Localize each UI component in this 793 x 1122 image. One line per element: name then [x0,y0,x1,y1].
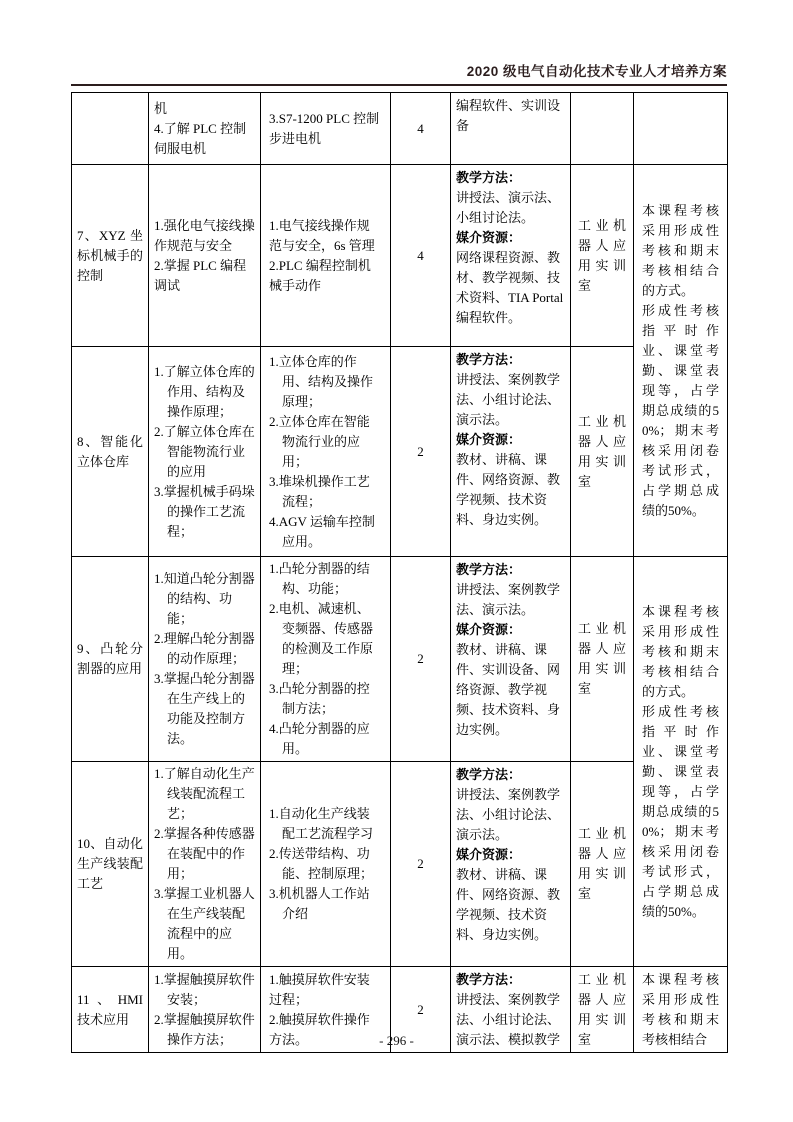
media-label: 媒介资源： [456,228,565,248]
media-text: 教材、讲稿、课件、网络资源、教学视频、技术资料、身边实例。 [456,450,565,530]
list-item: 3.凸轮分割器的控制方法； [269,679,382,719]
methods-cell: 教学方法： 讲授法、案例教学法、小组讨论法、演示法。 媒介资源： 教材、讲稿、课… [451,347,571,557]
list-item: 1.强化电气接线操作规范与安全 [154,216,255,256]
list-item: 2.PLC 编程控制机械手动作 [269,256,382,296]
room-cell: 工业机器人应用实训室 [571,165,634,347]
list-item: 1.触摸屏软件安装过程； [269,970,382,1010]
list-item: 2.传送带结构、功能、控制原理； [269,844,382,884]
hours-cell: 4 [391,165,451,347]
list-item: 1.了解立体仓库的作用、结构及操作原理； [154,362,255,422]
hours-cell: 2 [391,347,451,557]
course-unit-table: 机 4.了解 PLC 控制伺服电机 3.S7-1200 PLC 控制步进电机 4… [71,92,728,1053]
list-item: 4.凸轮分割器的应用。 [269,719,382,759]
methods-cell: 教学方法： 讲授法、案例教学法、小组讨论法、演示法。 媒介资源： 教材、讲稿、课… [451,762,571,967]
content-cell: 1.立体仓库的作用、结构及操作原理； 2.立体仓库在智能物流行业的应用； 3.堆… [261,347,391,557]
page-header-title: 2020 级电气自动化技术专业人才培养方案 [71,60,727,80]
unit-name-cell: 10、自动化生产线装配工艺 [72,762,149,967]
list-item: 机 [154,99,255,119]
document-page: 2020 级电气自动化技术专业人才培养方案 机 4.了解 PLC 控制伺服电机 … [0,0,793,1122]
hours-cell: 2 [391,557,451,762]
list-item: 1.立体仓库的作用、结构及操作原理； [269,352,382,412]
list-item: 3.掌握机械手码垛的操作工艺流程； [154,482,255,542]
list-item: 1.凸轮分割器的结构、功能； [269,559,382,599]
media-text: 网络课程资源、教材、教学视频、技术资料、TIA Portal 编程软件。 [456,248,565,328]
methods-label: 教学方法： [456,560,565,580]
list-item: 2.掌握 PLC 编程调试 [154,256,255,296]
assessment-paragraph: 本课程考核采用形成性考核和期末考核相结合的方式。 [642,602,719,702]
list-item: 1.知道凸轮分割器的结构、功能； [154,569,255,629]
media-text: 教材、讲稿、课件、实训设备、网络资源、教学视频、技术资料、身边实例。 [456,640,565,740]
table-row: 7、XYZ 坐标机械手的控制 1.强化电气接线操作规范与安全 2.掌握 PLC … [72,165,728,347]
methods-label: 教学方法： [456,970,565,990]
list-item: 1.了解自动化生产线装配流程工艺； [154,764,255,824]
methods-label: 教学方法： [456,765,565,785]
methods-text: 讲授法、演示法、小组讨论法。 [456,188,565,228]
room-cell [571,93,634,165]
objectives-cell: 1.强化电气接线操作规范与安全 2.掌握 PLC 编程调试 [149,165,261,347]
objectives-cell: 1.了解自动化生产线装配流程工艺； 2.掌握各种传感器在装配中的作用； 3.掌握… [149,762,261,967]
unit-name-cell: 8、智能化立体仓库 [72,347,149,557]
methods-cell: 编程软件、实训设备 [451,93,571,165]
assessment-paragraph: 形成性考核指平时作业、课堂考勤、课堂表现等，占学期总成绩的50%；期末考核采用闭… [642,301,719,521]
table-row: 10、自动化生产线装配工艺 1.了解自动化生产线装配流程工艺； 2.掌握各种传感… [72,762,728,967]
header-double-rule [71,84,727,86]
room-cell: 工业机器人应用实训室 [571,347,634,557]
objectives-cell: 1.知道凸轮分割器的结构、功能； 2.理解凸轮分割器的动作原理； 3.掌握凸轮分… [149,557,261,762]
list-item: 2.了解立体仓库在智能物流行业的应用 [154,422,255,482]
content-cell: 1.电气接线操作规范与安全，6s 管理 2.PLC 编程控制机械手动作 [261,165,391,347]
room-cell: 工业机器人应用实训室 [571,762,634,967]
methods-text: 讲授法、案例教学法、小组讨论法、演示法。 [456,785,565,845]
methods-cell: 教学方法： 讲授法、演示法、小组讨论法。 媒介资源： 网络课程资源、教材、教学视… [451,165,571,347]
unit-name-cell: 9、凸轮分割器的应用 [72,557,149,762]
table-row: 9、凸轮分割器的应用 1.知道凸轮分割器的结构、功能； 2.理解凸轮分割器的动作… [72,557,728,762]
methods-text: 讲授法、案例教学法、小组讨论法、演示法。 [456,370,565,430]
list-item: 1.自动化生产线装配工艺流程学习 [269,804,382,844]
unit-name-cell [72,93,149,165]
assessment-cell: 本课程考核采用形成性考核和期末考核相结合的方式。 形成性考核指平时作业、课堂考勤… [634,165,728,557]
methods-label: 教学方法： [456,168,565,188]
content-cell: 3.S7-1200 PLC 控制步进电机 [261,93,391,165]
methods-text: 讲授法、案例教学法、演示法。 [456,580,565,620]
media-label: 媒介资源： [456,845,565,865]
list-item: 1.掌握触摸屏软件安装； [154,970,255,1010]
list-item: 1.电气接线操作规范与安全，6s 管理 [269,216,382,256]
content-cell: 1.自动化生产线装配工艺流程学习 2.传送带结构、功能、控制原理； 3.机机器人… [261,762,391,967]
hours-cell: 2 [391,762,451,967]
assessment-cell: 本课程考核采用形成性考核和期末考核相结合的方式。 形成性考核指平时作业、课堂考勤… [634,557,728,967]
content-cell: 1.凸轮分割器的结构、功能； 2.电机、减速机、变频器、传感器的检测及工作原理；… [261,557,391,762]
media-label: 媒介资源： [456,620,565,640]
list-item: 2.电机、减速机、变频器、传感器的检测及工作原理； [269,599,382,679]
list-item: 2.理解凸轮分割器的动作原理； [154,629,255,669]
list-item: 3.堆垛机操作工艺流程； [269,472,382,512]
assessment-paragraph: 形成性考核指平时作业、课堂考勤、课堂表现等，占学期总成绩的50%；期末考核采用闭… [642,702,719,922]
page-number: - 296 - [0,1033,793,1049]
list-item: 2.立体仓库在智能物流行业的应用； [269,412,382,472]
table-row: 机 4.了解 PLC 控制伺服电机 3.S7-1200 PLC 控制步进电机 4… [72,93,728,165]
hours-cell: 4 [391,93,451,165]
list-item: 3.掌握工业机器人在生产线装配流程中的应用。 [154,884,255,964]
list-item: 2.掌握各种传感器在装配中的作用； [154,824,255,884]
list-item: 4.了解 PLC 控制伺服电机 [154,119,255,159]
list-item: 3.S7-1200 PLC 控制步进电机 [269,109,382,149]
methods-cell: 教学方法： 讲授法、案例教学法、演示法。 媒介资源： 教材、讲稿、课件、实训设备… [451,557,571,762]
media-text: 教材、讲稿、课件、网络资源、教学视频、技术资料、身边实例。 [456,865,565,945]
list-item: 4.AGV 运输车控制应用。 [269,512,382,552]
media-label: 媒介资源： [456,430,565,450]
unit-name-cell: 7、XYZ 坐标机械手的控制 [72,165,149,347]
media-item: 编程软件、实训设备 [456,96,565,136]
objectives-cell: 1.了解立体仓库的作用、结构及操作原理； 2.了解立体仓库在智能物流行业的应用 … [149,347,261,557]
methods-label: 教学方法： [456,350,565,370]
table-row: 8、智能化立体仓库 1.了解立体仓库的作用、结构及操作原理； 2.了解立体仓库在… [72,347,728,557]
list-item: 3.掌握凸轮分割器在生产线上的功能及控制方法。 [154,669,255,749]
assessment-cell [634,93,728,165]
objectives-cell: 机 4.了解 PLC 控制伺服电机 [149,93,261,165]
assessment-paragraph: 本课程考核采用形成性考核和期末考核相结合的方式。 [642,201,719,301]
room-cell: 工业机器人应用实训室 [571,557,634,762]
list-item: 3.机机器人工作站介绍 [269,884,382,924]
